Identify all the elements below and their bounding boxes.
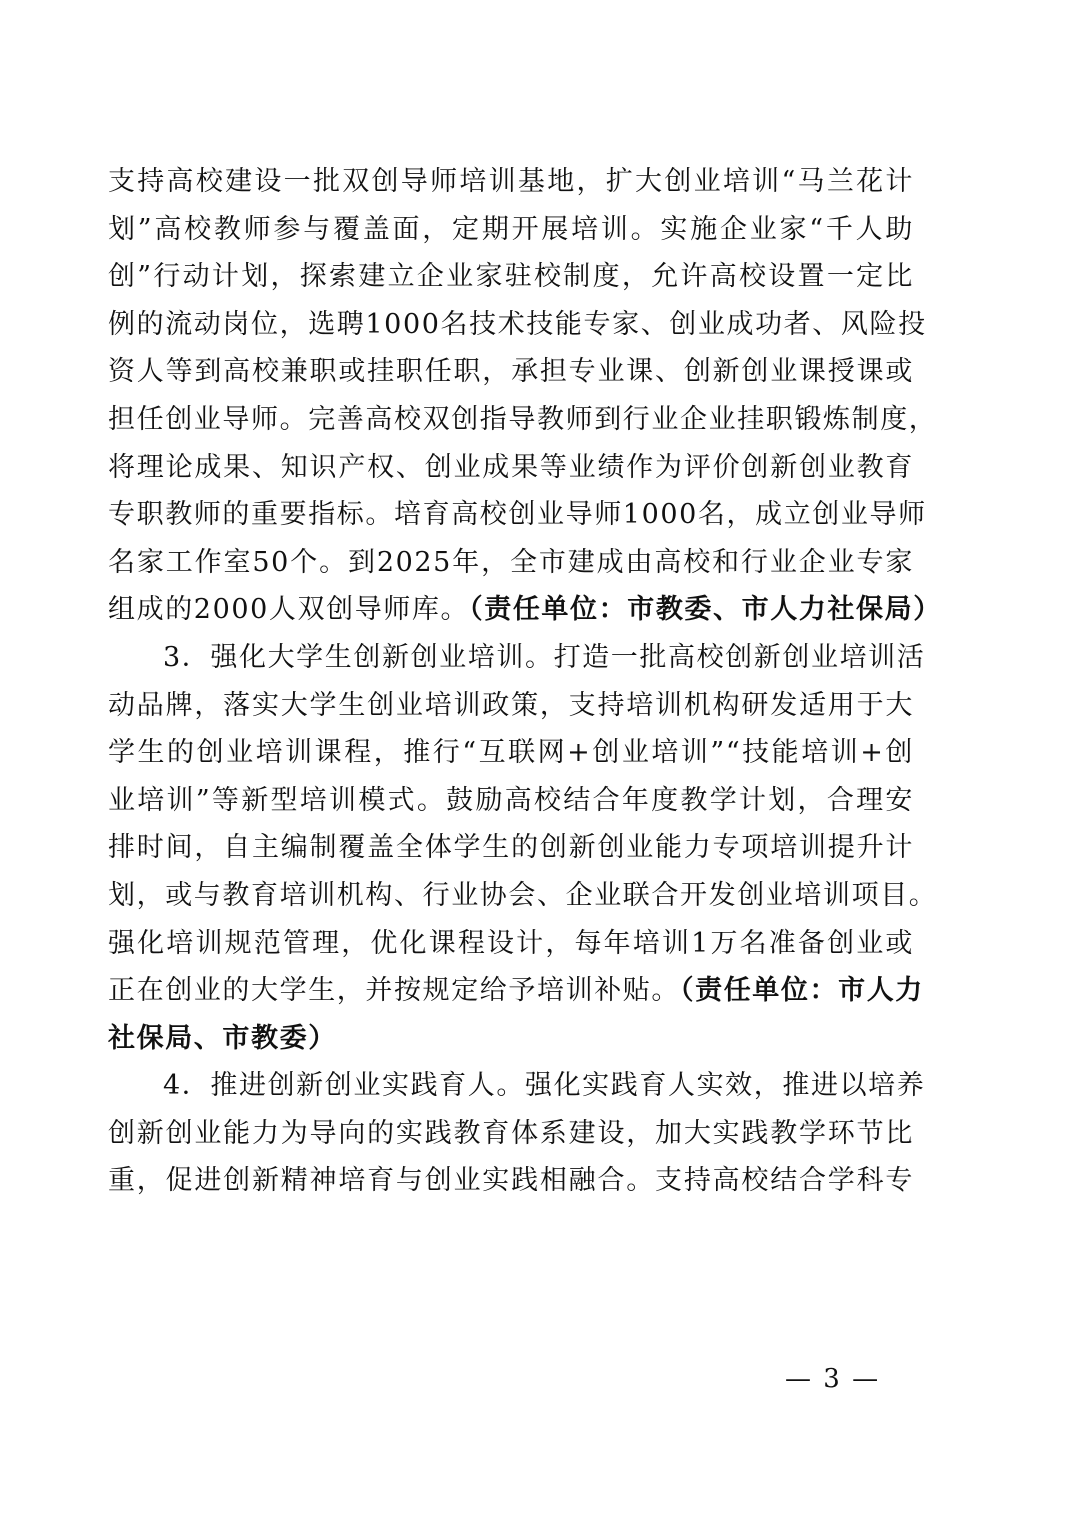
responsible-units: （责任单位：市人力	[680, 975, 924, 1006]
section-heading-line: 4．推进创新创业实践育人。强化实践育人实效，推进以培养	[108, 1062, 914, 1110]
text-line: 名家工作室50个。到2025年，全市建成由高校和行业企业专家	[108, 539, 914, 587]
text-line: 社保局、市教委）	[108, 1015, 914, 1063]
text-line: 组成的2000人双创导师库。（责任单位：市教委、市人力社保局）	[108, 586, 914, 634]
responsible-units: （责任单位：市教委、市人力社保局）	[469, 594, 942, 625]
text-line: 业培训”等新型培训模式。鼓励高校结合年度教学计划，合理安	[108, 777, 914, 825]
text-line: 担任创业导师。完善高校双创指导教师到行业企业挂职锻炼制度，	[108, 396, 914, 444]
text-line: 排时间，自主编制覆盖全体学生的创新创业能力专项培训提升计	[108, 824, 914, 872]
text-line: 创新创业能力为导向的实践教育体系建设，加大实践教学环节比	[108, 1110, 914, 1158]
text-line: 正在创业的大学生，并按规定给予培训补贴。（责任单位：市人力	[108, 967, 914, 1015]
body-text: 支持高校建设一批双创导师培训基地，扩大创业培训“马兰花计 划”高校教师参与覆盖面…	[108, 158, 914, 1205]
text-line: 例的流动岗位，选聘1000名技术技能专家、创业成功者、风险投	[108, 301, 914, 349]
responsible-units: 社保局、市教委）	[108, 1023, 337, 1054]
text-line: 划”高校教师参与覆盖面，定期开展培训。实施企业家“千人助	[108, 206, 914, 254]
text-line: 学生的创业培训课程，推行“互联网+创业培训”“技能培训+创	[108, 729, 914, 777]
text-line: 划，或与教育培训机构、行业协会、企业联合开发创业培训项目。	[108, 872, 914, 920]
section-heading-line: 3．强化大学生创新创业培训。打造一批高校创新创业培训活	[108, 634, 914, 682]
text-line: 重，促进创新精神培育与创业实践相融合。支持高校结合学科专	[108, 1157, 914, 1205]
text-line: 强化培训规范管理，优化课程设计，每年培训1万名准备创业或	[108, 920, 914, 968]
text-line: 专职教师的重要指标。培育高校创业导师1000名，成立创业导师	[108, 491, 914, 539]
text-line: 支持高校建设一批双创导师培训基地，扩大创业培训“马兰花计	[108, 158, 914, 206]
text-line: 创”行动计划，探索建立企业家驻校制度，允许高校设置一定比	[108, 253, 914, 301]
text-line: 将理论成果、知识产权、创业成果等业绩作为评价创新创业教育	[108, 444, 914, 492]
document-page: 支持高校建设一批双创导师培训基地，扩大创业培训“马兰花计 划”高校教师参与覆盖面…	[0, 0, 1080, 1528]
text-line: 资人等到高校兼职或挂职任职，承担专业课、创新创业课授课或	[108, 348, 914, 396]
text-line: 动品牌，落实大学生创业培训政策，支持培训机构研发适用于大	[108, 682, 914, 730]
page-number: — 3 —	[785, 1361, 880, 1397]
